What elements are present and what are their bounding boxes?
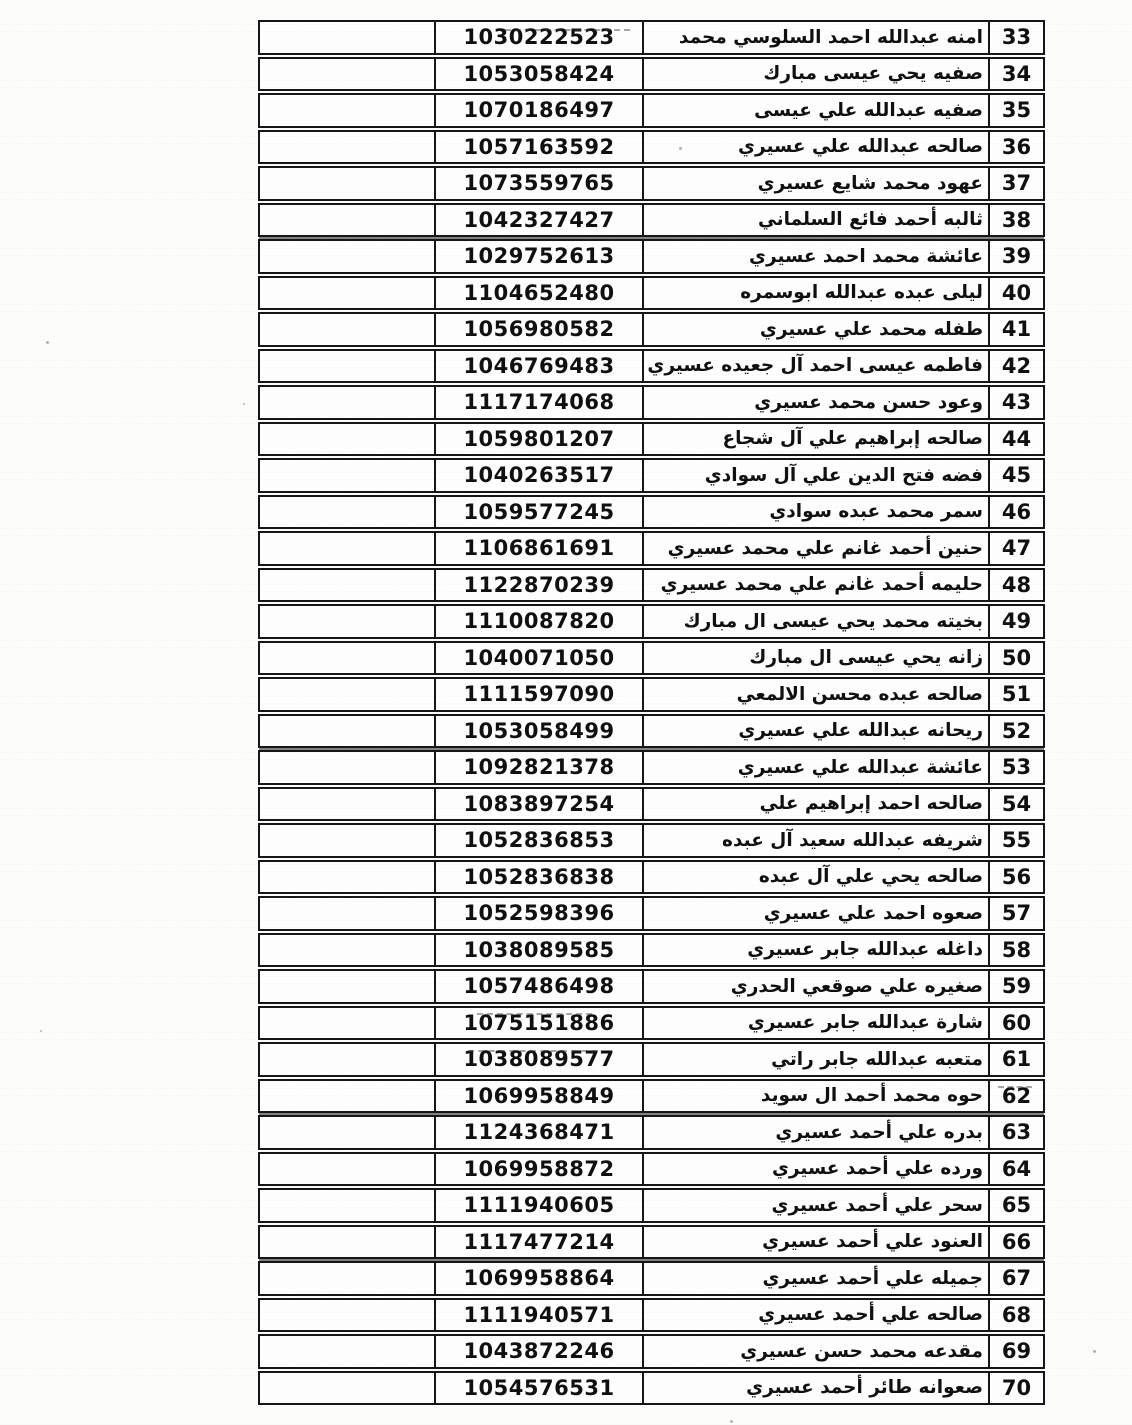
- name-cell: ورده علي أحمد عسيري: [642, 1154, 988, 1185]
- notes-cell: [260, 1190, 434, 1221]
- notes-cell: [260, 22, 434, 53]
- serial-number-cell: 65: [988, 1190, 1043, 1221]
- serial-number-cell: 69: [988, 1336, 1043, 1367]
- name-cell: حليمه أحمد غانم علي محمد عسيري: [642, 570, 988, 601]
- table-row: 1083897254 صالحه احمد إبراهيم علي 54: [258, 787, 1045, 822]
- table: 1030222523 امنه عبدالله احمد السلوسي محم…: [258, 20, 1045, 1407]
- notes-cell: [260, 1081, 434, 1112]
- notes-cell: [260, 1008, 434, 1039]
- name-cell: متعبه عبدالله جابر راتي: [642, 1044, 988, 1075]
- name-cell: عائشة عبدالله علي عسيري: [642, 752, 988, 783]
- serial-number-cell: 47: [988, 533, 1043, 564]
- table-row: 1111940605 سحر علي أحمد عسيري 65: [258, 1188, 1045, 1223]
- name-cell: صفيه يحي عيسى مبارك: [642, 59, 988, 90]
- serial-number-cell: 53: [988, 752, 1043, 783]
- serial-number-cell: 38: [988, 205, 1043, 236]
- table-row: 1029752613 عائشة محمد احمد عسيري 39: [258, 239, 1045, 274]
- serial-number-cell: 43: [988, 387, 1043, 418]
- name-cell: سحر علي أحمد عسيري: [642, 1190, 988, 1221]
- id-number-cell: 1059801207: [434, 424, 642, 455]
- name-cell: حوه محمد أحمد ال سويد: [642, 1081, 988, 1112]
- notes-cell: [260, 533, 434, 564]
- serial-number-cell: 54: [988, 789, 1043, 820]
- scan-speck: [1093, 1350, 1096, 1353]
- name-cell: ريحانه عبدالله علي عسيري: [642, 716, 988, 747]
- notes-cell: [260, 643, 434, 674]
- name-cell: صالحه عبدالله علي عسيري: [642, 132, 988, 163]
- serial-number-cell: 56: [988, 862, 1043, 893]
- table-row: 1056980582 طفله محمد علي عسيري 41: [258, 312, 1045, 347]
- table-row: 1104652480 ليلى عبده عبدالله ابوسمره 40: [258, 276, 1045, 311]
- serial-number-cell: 52: [988, 716, 1043, 747]
- name-cell: عائشة محمد احمد عسيري: [642, 241, 988, 272]
- id-number-cell: 1052836853: [434, 825, 642, 856]
- id-number-cell: 1040071050: [434, 643, 642, 674]
- id-number-cell: 1052598396: [434, 898, 642, 929]
- serial-number-cell: 70: [988, 1373, 1043, 1404]
- table-row: 1092821378 عائشة عبدالله علي عسيري 53: [258, 750, 1045, 785]
- id-number-cell: 1054576531: [434, 1373, 642, 1404]
- name-cell: سمر محمد عبده سوادي: [642, 497, 988, 528]
- table-row: 1040071050 زانه يحي عيسى ال مبارك 50: [258, 641, 1045, 676]
- id-number-cell: 1083897254: [434, 789, 642, 820]
- table-row: 1038089585 داغله عبدالله جابر عسيري 58: [258, 933, 1045, 968]
- name-cell: صالحه إبراهيم علي آل شجاع: [642, 424, 988, 455]
- name-cell: عهود محمد شايع عسيري: [642, 168, 988, 199]
- notes-cell: [260, 1336, 434, 1367]
- notes-cell: [260, 1227, 434, 1258]
- notes-cell: [260, 168, 434, 199]
- serial-number-cell: 68: [988, 1300, 1043, 1331]
- name-cell: صالحه علي أحمد عسيري: [642, 1300, 988, 1331]
- notes-cell: [260, 132, 434, 163]
- notes-cell: [260, 752, 434, 783]
- table-row: 1053058499 ريحانه عبدالله علي عسيري 52: [258, 714, 1045, 749]
- id-number-cell: 1122870239: [434, 570, 642, 601]
- table-row: 1043872246 مقدعه محمد حسن عسيري 69: [258, 1334, 1045, 1369]
- serial-number-cell: 34: [988, 59, 1043, 90]
- serial-number-cell: 57: [988, 898, 1043, 929]
- id-number-cell: 1057163592: [434, 132, 642, 163]
- serial-number-cell: 67: [988, 1263, 1043, 1294]
- id-number-cell: 1053058499: [434, 716, 642, 747]
- serial-number-cell: 42: [988, 351, 1043, 382]
- table-row: 1069958864 جميله علي أحمد عسيري 67: [258, 1261, 1045, 1296]
- serial-number-cell: 59: [988, 971, 1043, 1002]
- notes-cell: [260, 1263, 434, 1294]
- name-cell: صفيه عبدالله علي عيسى: [642, 95, 988, 126]
- name-cell: امنه عبدالله احمد السلوسي محمد: [642, 22, 988, 53]
- table-row: 1124368471 بدره علي أحمد عسيري 63: [258, 1115, 1045, 1150]
- serial-number-cell: 51: [988, 679, 1043, 710]
- scanned-document-page: 1030222523 امنه عبدالله احمد السلوسي محم…: [0, 0, 1132, 1425]
- serial-number-cell: 45: [988, 460, 1043, 491]
- table-row: 1073559765 عهود محمد شايع عسيري 37: [258, 166, 1045, 201]
- notes-cell: [260, 1300, 434, 1331]
- notes-cell: [260, 497, 434, 528]
- id-number-cell: 1040263517: [434, 460, 642, 491]
- serial-number-cell: 61: [988, 1044, 1043, 1075]
- table-row: 1042327427 ثالبه أحمد فائع السلماني 38: [258, 203, 1045, 238]
- id-number-cell: 1059577245: [434, 497, 642, 528]
- notes-cell: [260, 460, 434, 491]
- table-row: 1052598396 صعوه احمد علي عسيري 57: [258, 896, 1045, 931]
- id-number-cell: 1117174068: [434, 387, 642, 418]
- id-number-cell: 1029752613: [434, 241, 642, 272]
- name-cell: حنين أحمد غانم علي محمد عسيري: [642, 533, 988, 564]
- notes-cell: [260, 898, 434, 929]
- id-number-cell: 1052836838: [434, 862, 642, 893]
- id-number-cell: 1092821378: [434, 752, 642, 783]
- notes-cell: [260, 59, 434, 90]
- id-number-cell: 1069958864: [434, 1263, 642, 1294]
- scan-speck: [243, 403, 245, 405]
- notes-cell: [260, 716, 434, 747]
- serial-number-cell: 37: [988, 168, 1043, 199]
- table-row: 1059577245 سمر محمد عبده سوادي 46: [258, 495, 1045, 530]
- table-row: 1052836838 صالحه يحي علي آل عبده 56: [258, 860, 1045, 895]
- id-number-cell: 1069958849: [434, 1081, 642, 1112]
- notes-cell: [260, 278, 434, 309]
- name-cell: شريفه عبدالله سعيد آل عبده: [642, 825, 988, 856]
- id-number-cell: 1104652480: [434, 278, 642, 309]
- id-number-cell: 1117477214: [434, 1227, 642, 1258]
- table-row: 1117174068 وعود حسن محمد عسيري 43: [258, 385, 1045, 420]
- id-number-cell: 1075151886: [434, 1008, 642, 1039]
- serial-number-cell: 66: [988, 1227, 1043, 1258]
- name-cell: صالحه يحي علي آل عبده: [642, 862, 988, 893]
- name-cell: فضه فتح الدين علي آل سوادي: [642, 460, 988, 491]
- table-row: 1057486498 صغيره علي صوقعي الحدري 59: [258, 969, 1045, 1004]
- table-row: 1046769483 فاطمه عيسى احمد آل جعيده عسير…: [258, 349, 1045, 384]
- table-row: 1054576531 صعوانه طائر أحمد عسيري 70: [258, 1371, 1045, 1406]
- id-number-cell: 1111940605: [434, 1190, 642, 1221]
- id-number-cell: 1042327427: [434, 205, 642, 236]
- serial-number-cell: 58: [988, 935, 1043, 966]
- table-row: 1111597090 صالحه عبده محسن الالمعي 51: [258, 677, 1045, 712]
- notes-cell: [260, 570, 434, 601]
- id-number-cell: 1070186497: [434, 95, 642, 126]
- notes-cell: [260, 971, 434, 1002]
- notes-cell: [260, 387, 434, 418]
- serial-number-cell: 33: [988, 22, 1043, 53]
- table-row: 1075151886 شارة عبدالله جابر عسيري 60: [258, 1006, 1045, 1041]
- notes-cell: [260, 825, 434, 856]
- serial-number-cell: 40: [988, 278, 1043, 309]
- name-cell: صالحه عبده محسن الالمعي: [642, 679, 988, 710]
- table-row: 1057163592 صالحه عبدالله علي عسيري 36: [258, 130, 1045, 165]
- name-cell: صعوانه طائر أحمد عسيري: [642, 1373, 988, 1404]
- name-cell: مقدعه محمد حسن عسيري: [642, 1336, 988, 1367]
- name-cell: ثالبه أحمد فائع السلماني: [642, 205, 988, 236]
- table-row: 1059801207 صالحه إبراهيم علي آل شجاع 44: [258, 422, 1045, 457]
- table-row: 1069958872 ورده علي أحمد عسيري 64: [258, 1152, 1045, 1187]
- table-row: 1038089577 متعبه عبدالله جابر راتي 61: [258, 1042, 1045, 1077]
- name-cell: صالحه احمد إبراهيم علي: [642, 789, 988, 820]
- id-number-cell: 1111940571: [434, 1300, 642, 1331]
- id-number-cell: 1110087820: [434, 606, 642, 637]
- notes-cell: [260, 1373, 434, 1404]
- table-row: 1106861691 حنين أحمد غانم علي محمد عسيري…: [258, 531, 1045, 566]
- table-row: 1122870239 حليمه أحمد غانم علي محمد عسير…: [258, 568, 1045, 603]
- notes-cell: [260, 1044, 434, 1075]
- id-number-cell: 1030222523: [434, 22, 642, 53]
- name-cell: بخيته محمد يحي عيسى ال مبارك: [642, 606, 988, 637]
- name-cell: صغيره علي صوقعي الحدري: [642, 971, 988, 1002]
- notes-cell: [260, 351, 434, 382]
- name-cell: طفله محمد علي عسيري: [642, 314, 988, 345]
- scan-speck: [730, 1420, 733, 1423]
- serial-number-cell: 48: [988, 570, 1043, 601]
- notes-cell: [260, 95, 434, 126]
- name-cell: زانه يحي عيسى ال مبارك: [642, 643, 988, 674]
- table-row: 1070186497 صفيه عبدالله علي عيسى 35: [258, 93, 1045, 128]
- notes-cell: [260, 862, 434, 893]
- scan-speck: [40, 1030, 42, 1032]
- table-row: 1040263517 فضه فتح الدين علي آل سوادي 45: [258, 458, 1045, 493]
- serial-number-cell: 62: [988, 1081, 1043, 1112]
- name-cell: صعوه احمد علي عسيري: [642, 898, 988, 929]
- id-number-cell: 1124368471: [434, 1117, 642, 1148]
- id-number-cell: 1057486498: [434, 971, 642, 1002]
- id-number-cell: 1038089577: [434, 1044, 642, 1075]
- notes-cell: [260, 935, 434, 966]
- id-number-cell: 1069958872: [434, 1154, 642, 1185]
- notes-cell: [260, 205, 434, 236]
- name-cell: جميله علي أحمد عسيري: [642, 1263, 988, 1294]
- table-row: 1053058424 صفيه يحي عيسى مبارك 34: [258, 57, 1045, 92]
- id-number-cell: 1073559765: [434, 168, 642, 199]
- table-row: 1111940571 صالحه علي أحمد عسيري 68: [258, 1298, 1045, 1333]
- name-cell: فاطمه عيسى احمد آل جعيده عسيري: [642, 351, 988, 382]
- serial-number-cell: 49: [988, 606, 1043, 637]
- id-number-cell: 1056980582: [434, 314, 642, 345]
- notes-cell: [260, 789, 434, 820]
- table-row: 1117477214 العنود علي أحمد عسيري 66: [258, 1225, 1045, 1260]
- id-number-cell: 1038089585: [434, 935, 642, 966]
- serial-number-cell: 36: [988, 132, 1043, 163]
- id-number-cell: 1106861691: [434, 533, 642, 564]
- serial-number-cell: 39: [988, 241, 1043, 272]
- notes-cell: [260, 679, 434, 710]
- notes-cell: [260, 606, 434, 637]
- serial-number-cell: 55: [988, 825, 1043, 856]
- id-number-cell: 1046769483: [434, 351, 642, 382]
- table-row: 1030222523 امنه عبدالله احمد السلوسي محم…: [258, 20, 1045, 55]
- id-number-cell: 1053058424: [434, 59, 642, 90]
- table-row: 1069958849 حوه محمد أحمد ال سويد 62: [258, 1079, 1045, 1114]
- serial-number-cell: 60: [988, 1008, 1043, 1039]
- serial-number-cell: 63: [988, 1117, 1043, 1148]
- serial-number-cell: 44: [988, 424, 1043, 455]
- table-row: 1052836853 شريفه عبدالله سعيد آل عبده 55: [258, 823, 1045, 858]
- notes-cell: [260, 1117, 434, 1148]
- serial-number-cell: 46: [988, 497, 1043, 528]
- serial-number-cell: 35: [988, 95, 1043, 126]
- name-cell: بدره علي أحمد عسيري: [642, 1117, 988, 1148]
- notes-cell: [260, 1154, 434, 1185]
- notes-cell: [260, 314, 434, 345]
- notes-cell: [260, 424, 434, 455]
- serial-number-cell: 41: [988, 314, 1043, 345]
- id-number-cell: 1043872246: [434, 1336, 642, 1367]
- table-row: 1110087820 بخيته محمد يحي عيسى ال مبارك …: [258, 604, 1045, 639]
- name-cell: داغله عبدالله جابر عسيري: [642, 935, 988, 966]
- name-cell: وعود حسن محمد عسيري: [642, 387, 988, 418]
- notes-cell: [260, 241, 434, 272]
- scan-speck: [46, 341, 49, 344]
- serial-number-cell: 64: [988, 1154, 1043, 1185]
- name-cell: ليلى عبده عبدالله ابوسمره: [642, 278, 988, 309]
- name-cell: العنود علي أحمد عسيري: [642, 1227, 988, 1258]
- serial-number-cell: 50: [988, 643, 1043, 674]
- name-cell: شارة عبدالله جابر عسيري: [642, 1008, 988, 1039]
- id-number-cell: 1111597090: [434, 679, 642, 710]
